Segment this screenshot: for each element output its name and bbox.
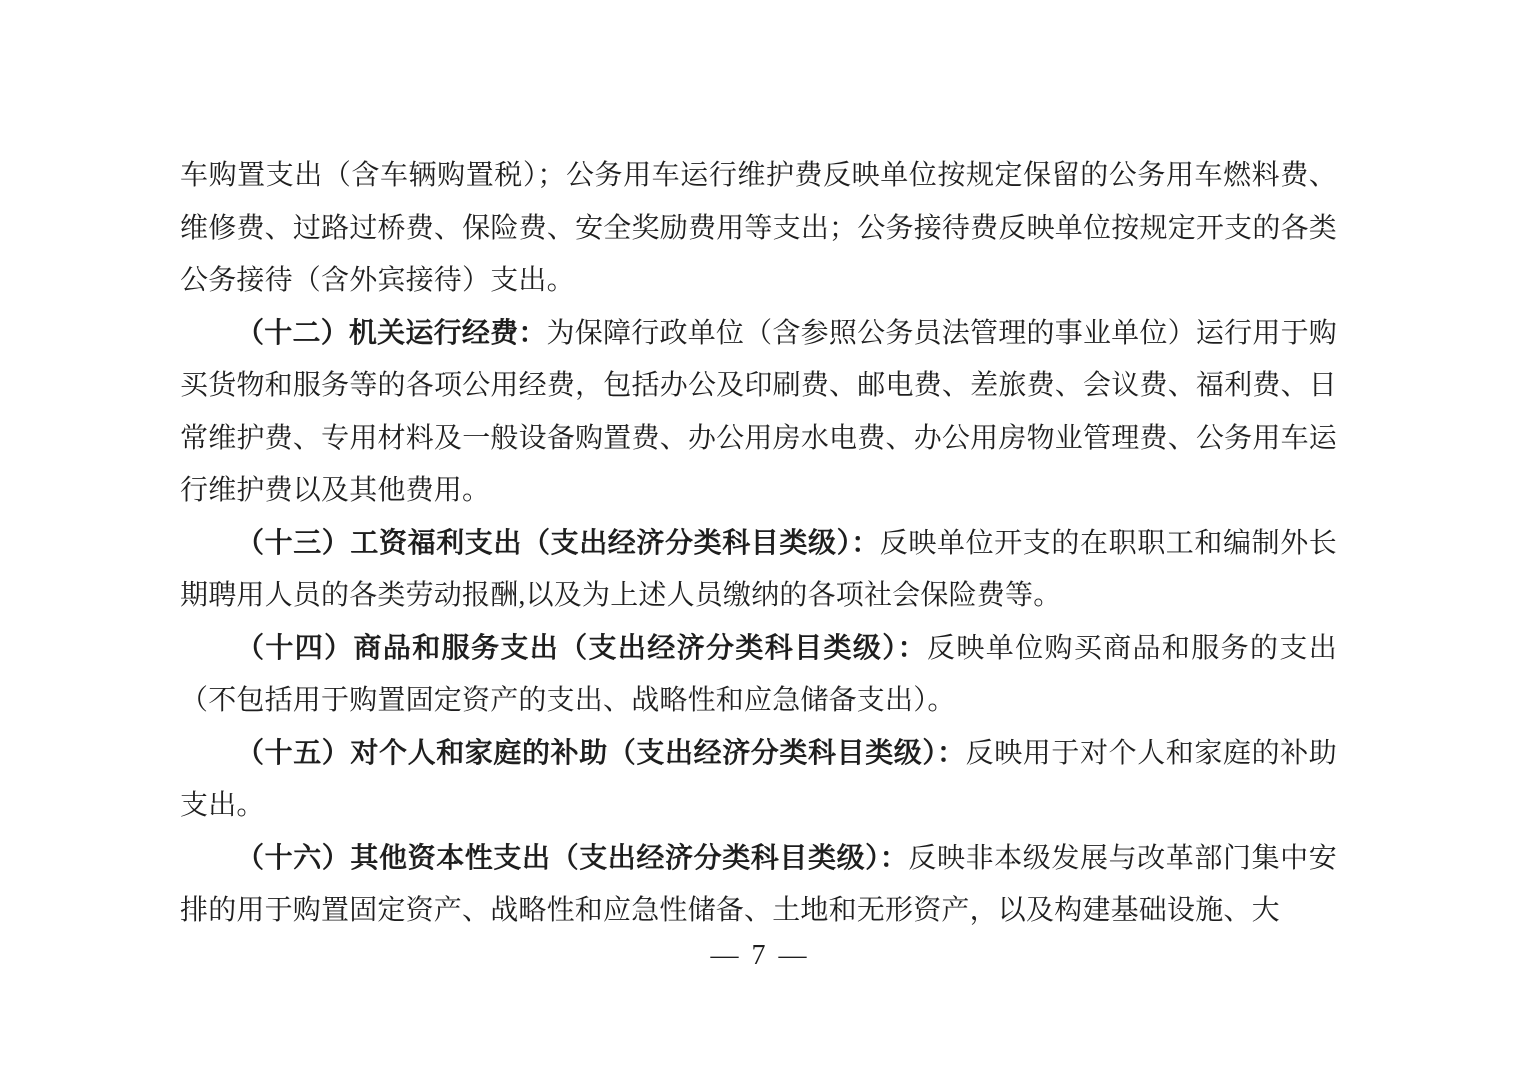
paragraph: （十五）对个人和家庭的补助（支出经济分类科目类级）：反映用于对个人和家庭的补助支…	[180, 728, 1337, 833]
paragraph-heading: （十二）机关运行经费：	[236, 318, 547, 349]
paragraph-heading: （十三）工资福利支出（支出经济分类科目类级）：	[236, 528, 880, 559]
page-number: — 7 —	[0, 940, 1520, 972]
paragraph: （十二）机关运行经费：为保障行政单位（含参照公务员法管理的事业单位）运行用于购买…	[180, 308, 1337, 518]
paragraph: （十四）商品和服务支出（支出经济分类科目类级）：反映单位购买商品和服务的支出（不…	[180, 623, 1337, 728]
paragraph: （十六）其他资本性支出（支出经济分类科目类级）：反映非本级发展与改革部门集中安排…	[180, 833, 1337, 938]
paragraph: 车购置支出（含车辆购置税）；公务用车运行维护费反映单位按规定保留的公务用车燃料费…	[180, 150, 1337, 308]
paragraph: （十三）工资福利支出（支出经济分类科目类级）：反映单位开支的在职职工和编制外长期…	[180, 518, 1337, 623]
paragraph-heading: （十四）商品和服务支出（支出经济分类科目类级）：	[236, 633, 927, 664]
paragraph-heading: （十六）其他资本性支出（支出经济分类科目类级）：	[236, 843, 908, 874]
document-page: 车购置支出（含车辆购置税）；公务用车运行维护费反映单位按规定保留的公务用车燃料费…	[0, 0, 1520, 1074]
paragraph-text: 车购置支出（含车辆购置税）；公务用车运行维护费反映单位按规定保留的公务用车燃料费…	[180, 160, 1337, 296]
paragraph-heading: （十五）对个人和家庭的补助（支出经济分类科目类级）：	[236, 738, 966, 769]
text-block: 车购置支出（含车辆购置税）；公务用车运行维护费反映单位按规定保留的公务用车燃料费…	[180, 150, 1337, 938]
